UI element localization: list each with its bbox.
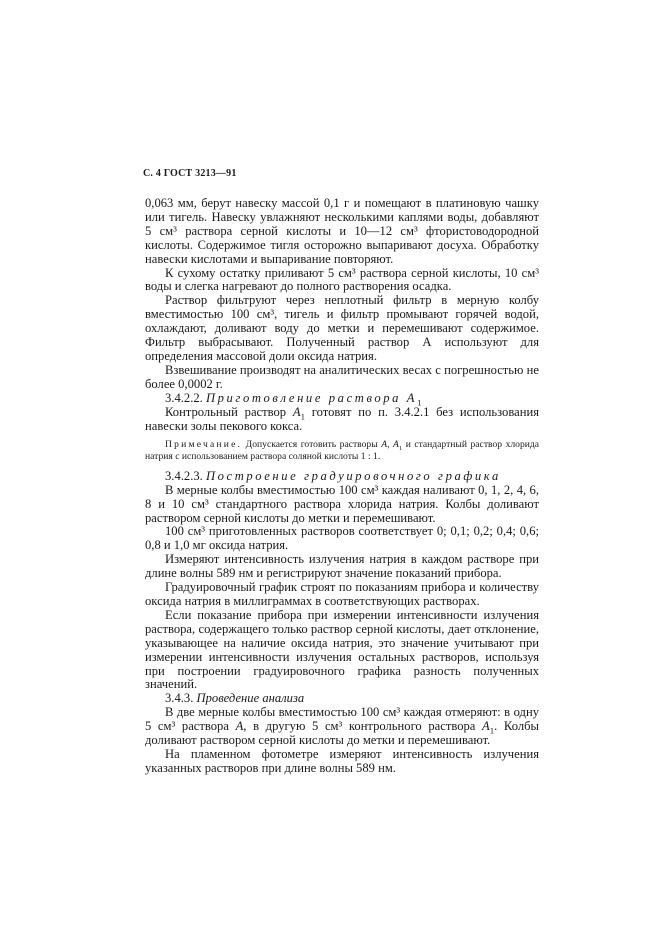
note-label: Примечание. bbox=[165, 439, 242, 450]
text-run: Контрольный раствор bbox=[165, 405, 293, 419]
text-run: Допускается готовить растворы bbox=[242, 439, 381, 450]
symbol: А bbox=[482, 719, 490, 733]
section-number: 3.4.2.3. bbox=[165, 469, 203, 483]
section-heading-3-4-3: 3.4.3. Проведение анализа bbox=[145, 692, 539, 706]
section-title: Проведение анализа bbox=[197, 691, 305, 705]
paragraph: В две мерные колбы вместимостью 100 см³ … bbox=[145, 706, 539, 748]
paragraph: Раствор фильтруют через неплотный фильтр… bbox=[145, 294, 539, 364]
paragraph: На пламенном фотометре измеряют интенсив… bbox=[145, 748, 539, 776]
section-number: 3.4.3. bbox=[165, 691, 193, 705]
paragraph: К сухому остатку приливают 5 см³ раствор… bbox=[145, 267, 539, 295]
paragraph: 0,063 мм, берут навеску массой 0,1 г и п… bbox=[145, 197, 539, 267]
note: Примечание. Допускается готовить раствор… bbox=[145, 439, 539, 461]
section-heading-3-4-2-3: 3.4.2.3. Построение градуировочного граф… bbox=[145, 470, 539, 484]
paragraph: В мерные колбы вместимостью 100 см³ кажд… bbox=[145, 484, 539, 526]
paragraph: Взвешивание производят на аналитических … bbox=[145, 364, 539, 392]
symbol: А bbox=[293, 405, 301, 419]
section-title: Построение градуировочного графика bbox=[206, 469, 501, 483]
section-title: Приготовление раствора А bbox=[206, 391, 417, 405]
paragraph: Контрольный раствор А1 готовят по п. 3.4… bbox=[145, 406, 539, 434]
section-number: 3.4.2.2. bbox=[165, 391, 203, 405]
section-heading-3-4-2-2: 3.4.2.2. Приготовление раствора А1 bbox=[145, 392, 539, 406]
paragraph: Градуировочный график строят по показани… bbox=[145, 581, 539, 609]
paragraph: Если показание прибора при измерении инт… bbox=[145, 609, 539, 692]
document-page: С. 4 ГОСТ 3213—91 0,063 мм, берут навеск… bbox=[145, 168, 539, 776]
paragraph: Измеряют интенсивность излучения натрия … bbox=[145, 553, 539, 581]
paragraph: 100 см³ приготовленных растворов соответ… bbox=[145, 525, 539, 553]
text-run: , в другую 5 см³ контрольного раствора bbox=[243, 719, 482, 733]
page-header: С. 4 ГОСТ 3213—91 bbox=[143, 168, 539, 180]
